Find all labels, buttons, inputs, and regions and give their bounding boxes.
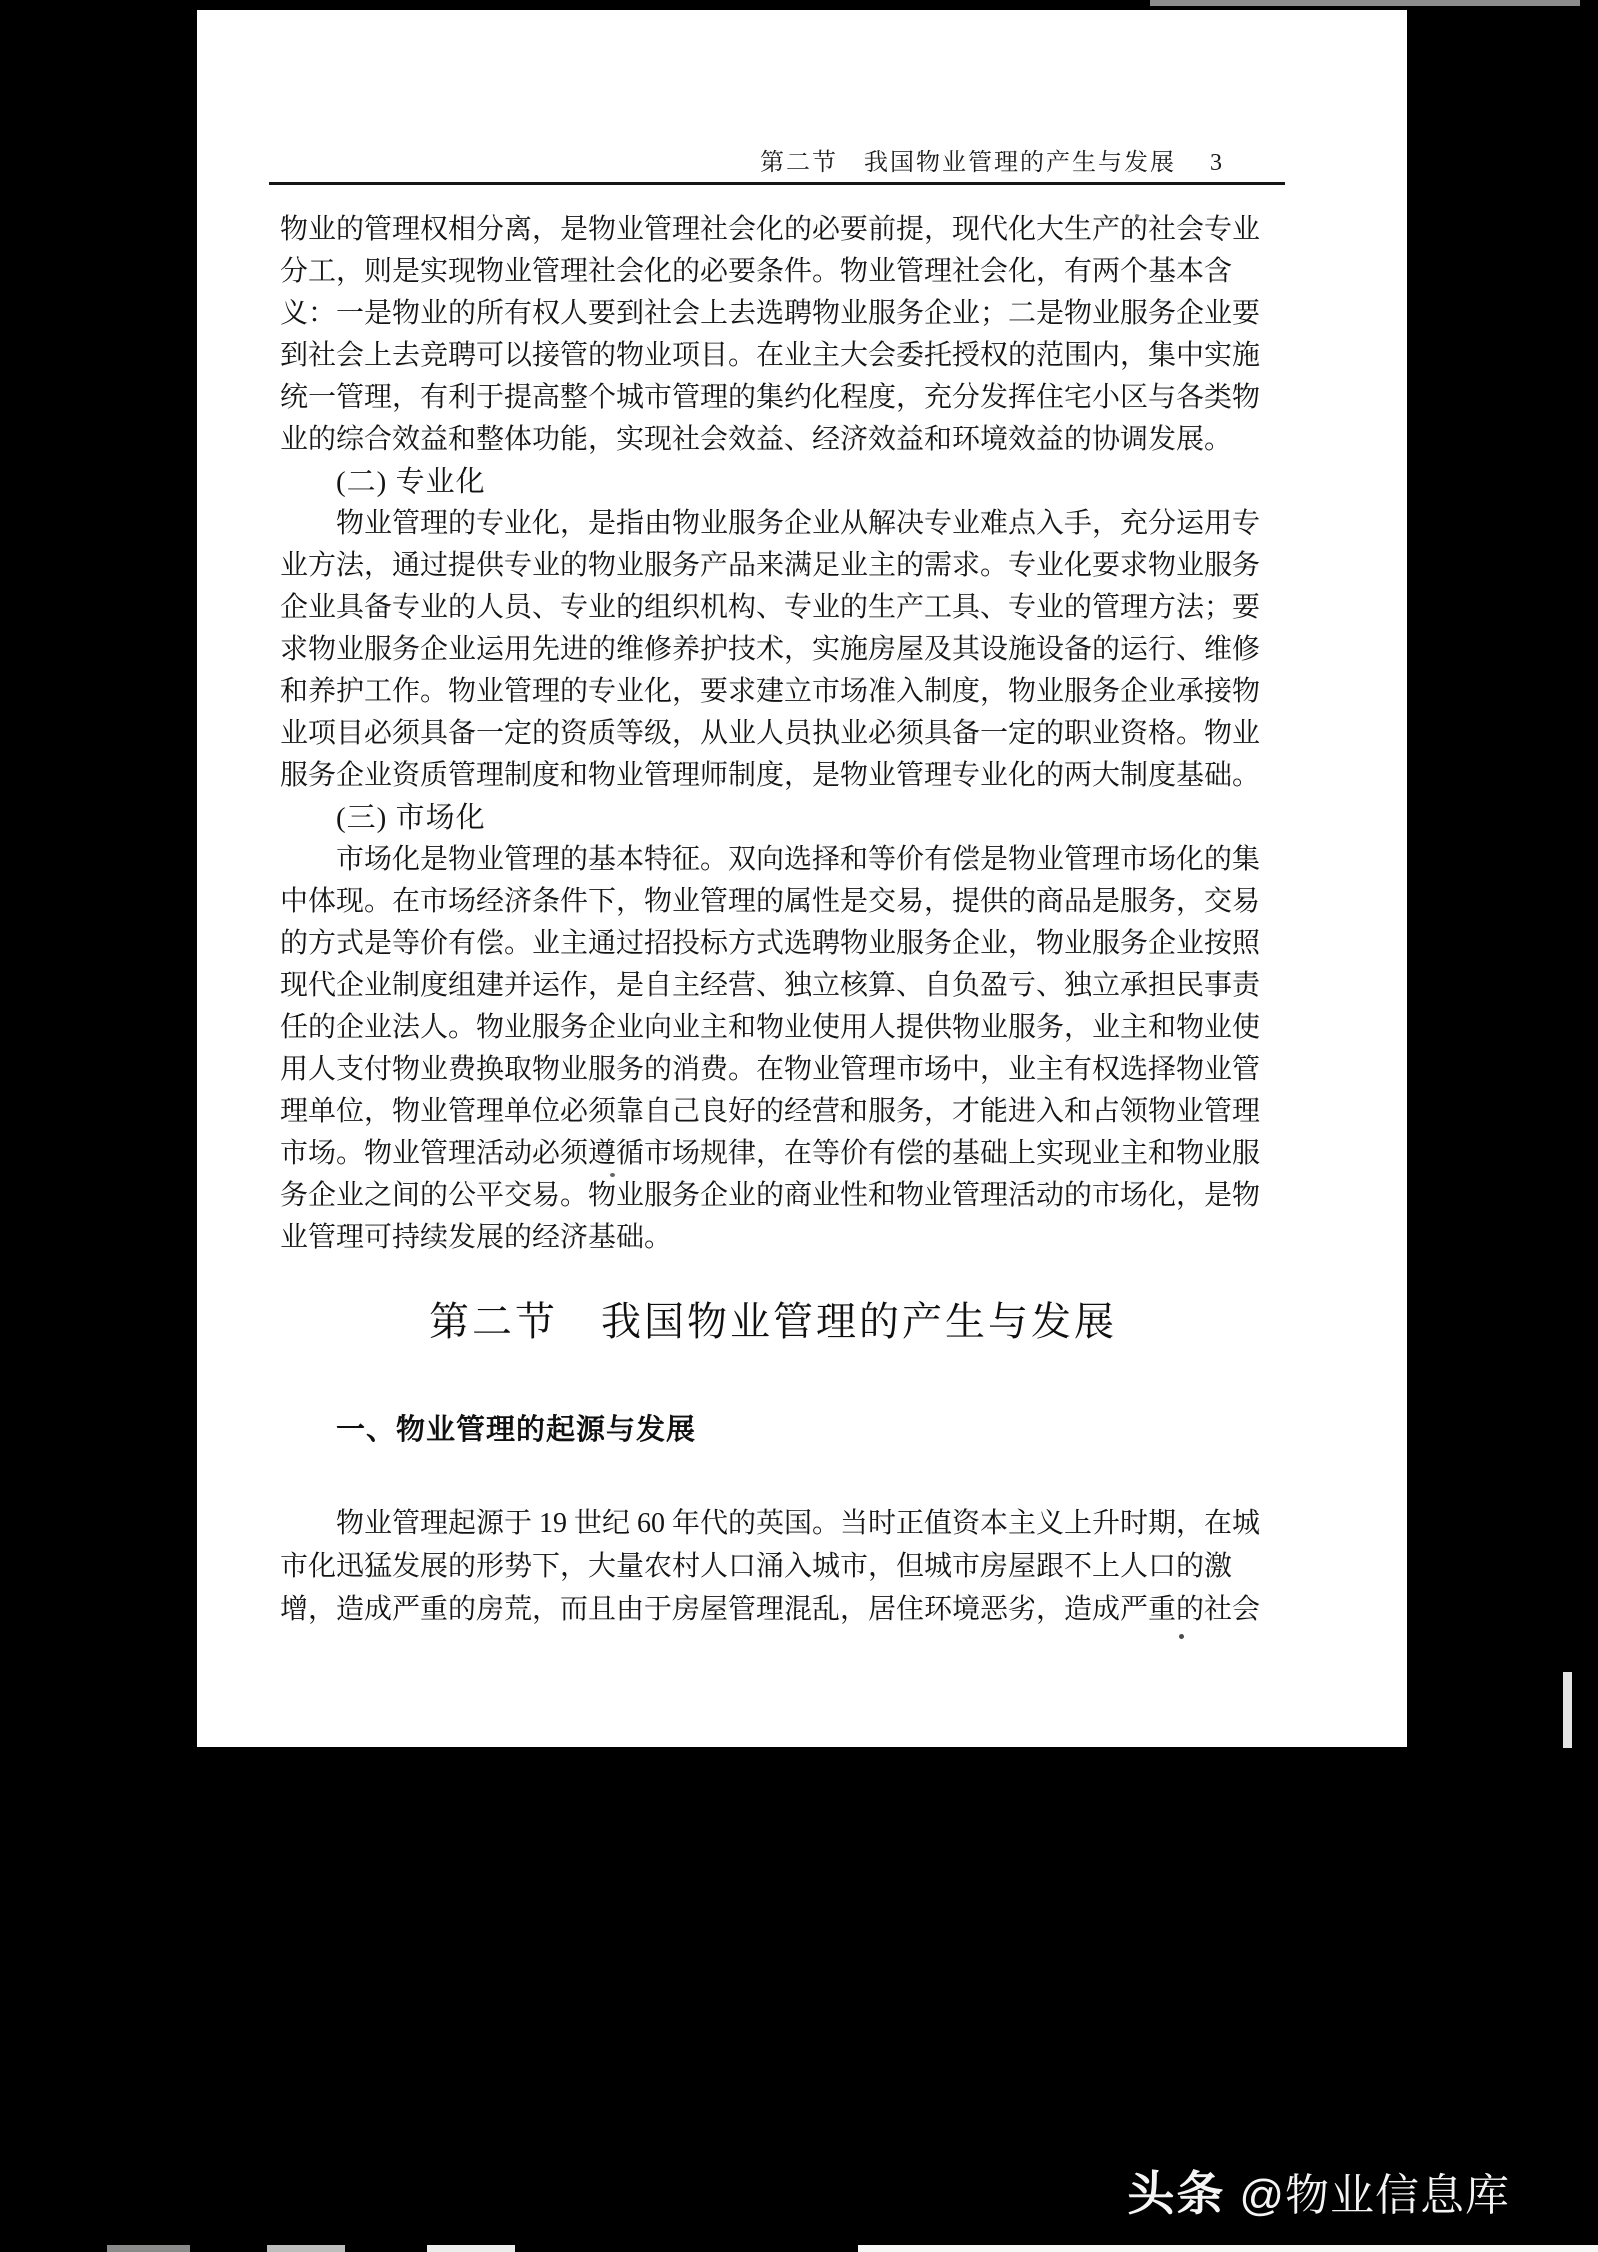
running-header-title: 第二节 我国物业管理的产生与发展: [760, 150, 1176, 176]
book-page: 第二节 我国物业管理的产生与发展3 物业的管理权相分离，是物业管理社会化的必要前…: [197, 10, 1407, 1747]
watermark-brand: 头条: [1127, 2167, 1225, 2220]
watermark-handle: @物业信息库: [1239, 2171, 1510, 2220]
scan-speck: [1179, 1634, 1184, 1639]
scan-edge-bottom-dash: [107, 2245, 190, 2252]
watermark: 头条@物业信息库: [1127, 2157, 1510, 2224]
paragraph-marketization: 市场化是物业管理的基本特征。双向选择和等价有偿是物业管理市场化的集中体现。在市场…: [280, 839, 1266, 1259]
paragraph-socialization: 物业的管理权相分离，是物业管理社会化的必要前提，现代化大生产的社会专业分工，则是…: [280, 209, 1266, 461]
page-number: 3: [1210, 150, 1222, 176]
scan-speck: [1135, 214, 1139, 218]
paragraph-origin-history: 物业管理起源于 19 世纪 60 年代的英国。当时正值资本主义上升时期，在城市化…: [280, 1502, 1266, 1631]
paragraph-professionalization: 物业管理的专业化，是指由物业服务企业从解决专业难点入手，充分运用专业方法，通过提…: [280, 503, 1266, 797]
scan-edge-bottom-dash: [858, 2245, 1598, 2252]
body-text-column: 物业的管理权相分离，是物业管理社会化的必要前提，现代化大生产的社会专业分工，则是…: [280, 209, 1266, 1259]
subsection-heading-origin: 一、物业管理的起源与发展: [336, 1410, 696, 1450]
scanned-book-page-screenshot: 第二节 我国物业管理的产生与发展3 物业的管理权相分离，是物业管理社会化的必要前…: [0, 0, 1598, 2252]
scan-speck: [610, 1173, 615, 1177]
scan-edge-right-sliver: [1563, 1672, 1572, 1748]
scan-edge-bottom-dash: [267, 2245, 345, 2252]
header-rule: [269, 182, 1285, 185]
scan-edge-top-strip: [1150, 0, 1580, 6]
running-header: 第二节 我国物业管理的产生与发展3: [760, 142, 1222, 177]
scan-edge-bottom-dash: [427, 2245, 515, 2252]
sub-heading-professionalization: (二) 专业化: [280, 461, 1266, 503]
section-title: 第二节 我国物业管理的产生与发展: [280, 1296, 1266, 1348]
sub-heading-marketization: (三) 市场化: [280, 797, 1266, 839]
